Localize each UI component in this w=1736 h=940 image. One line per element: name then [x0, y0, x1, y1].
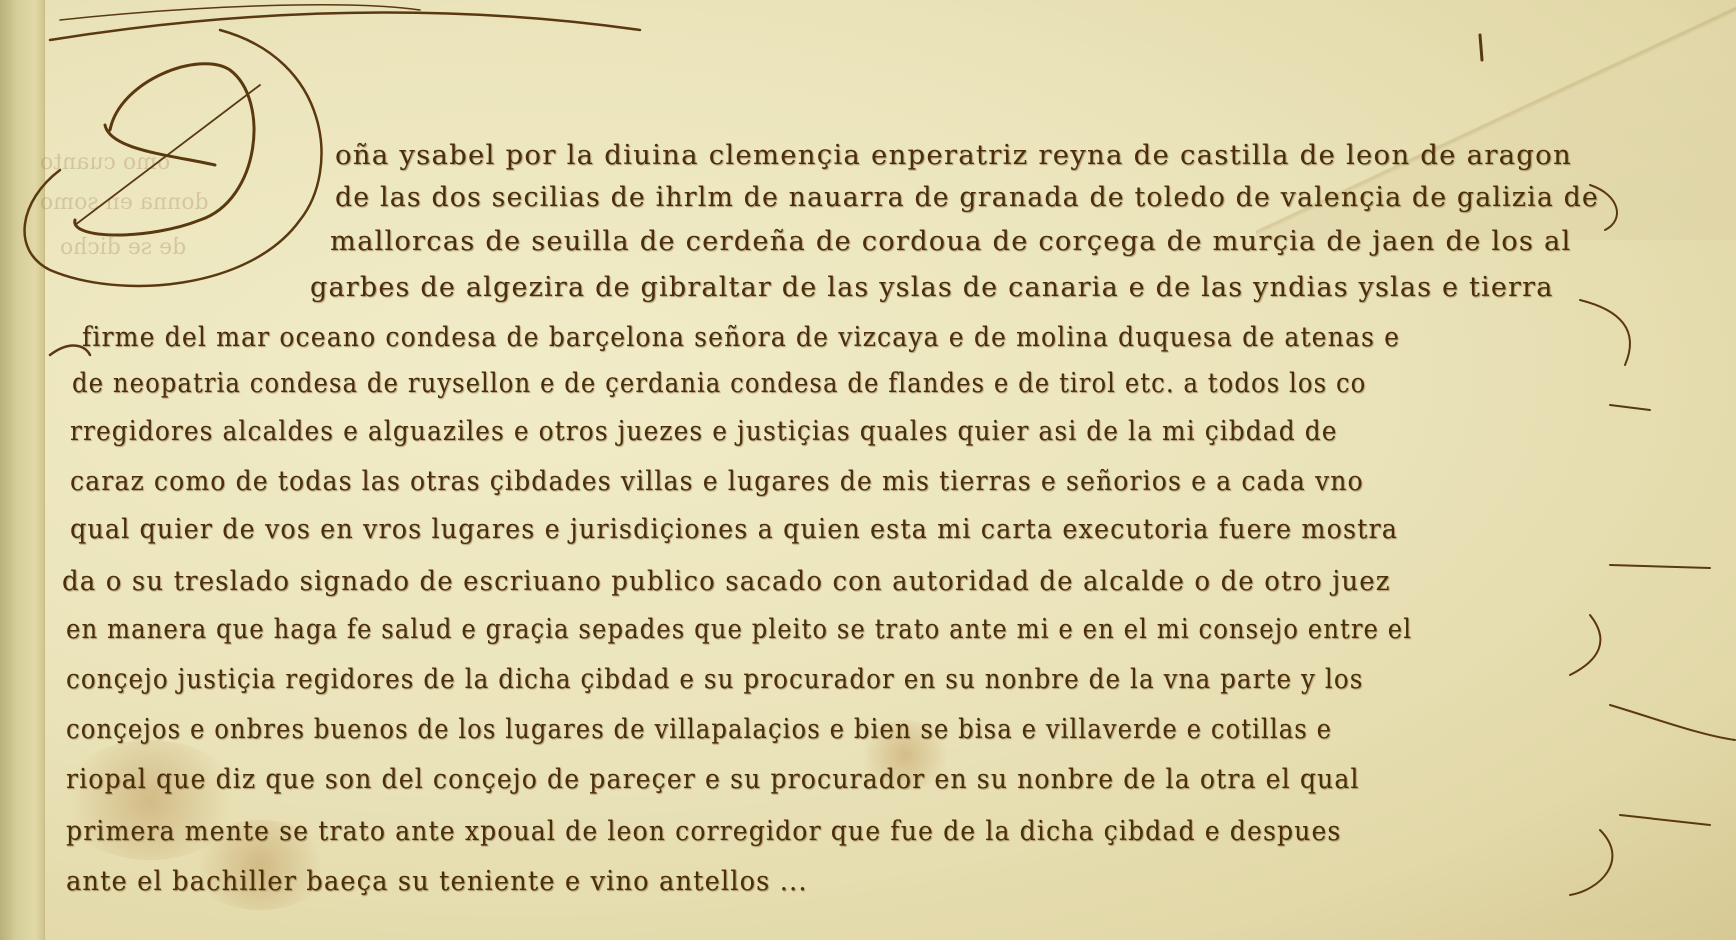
text-line-6: de neopatria condesa de ruysellon e de ç… [72, 368, 1366, 399]
text-line-8: caraz como de todas las otras çibdades v… [70, 466, 1364, 497]
text-line-11: en manera que haga fe salud e graçia sep… [66, 614, 1412, 645]
text-line-5: firme del mar oceano condesa de barçelon… [82, 322, 1400, 353]
text-line-12: conçejo justiçia regidores de la dicha ç… [66, 664, 1363, 695]
text-line-16: ante el bachiller baeça su teniente e vi… [66, 866, 808, 897]
text-line-15: primera mente se trato ante xpoual de le… [66, 816, 1341, 847]
text-line-14: riopal que diz que son del conçejo de pa… [66, 764, 1360, 795]
text-line-9: qual quier de vos en vros lugares e juri… [70, 514, 1398, 545]
text-line-3: mallorcas de seuilla de cerdeña de cordo… [330, 226, 1571, 257]
text-line-13: conçejos e onbres buenos de los lugares … [66, 714, 1332, 745]
manuscript-text-block: oña ysabel por la diuina clemençia enper… [0, 0, 1736, 940]
text-line-2: de las dos secilias de ihrlm de nauarra … [335, 182, 1599, 213]
text-line-7: rregidores alcaldes e alguaziles e otros… [70, 416, 1338, 447]
text-line-1: oña ysabel por la diuina clemençia enper… [335, 140, 1572, 171]
text-line-4: garbes de algezira de gibraltar de las y… [310, 272, 1554, 303]
manuscript-page: omo cuanto donna en somo de se dicho [0, 0, 1736, 940]
text-line-10: da o su treslado signado de escriuano pu… [62, 566, 1391, 597]
